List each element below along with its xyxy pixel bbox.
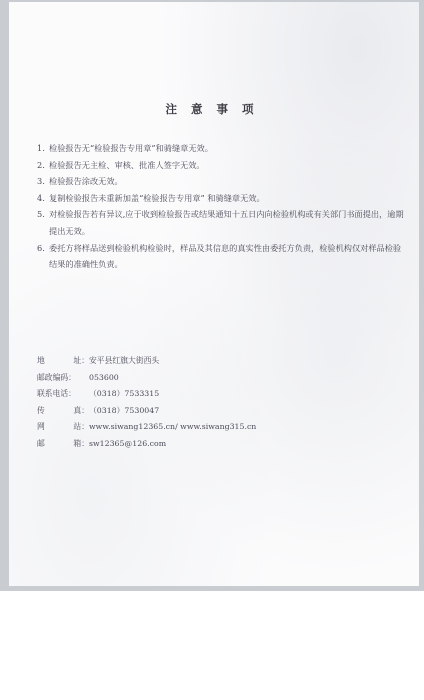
phone-label: 联系电话： — [37, 386, 89, 403]
note-number: 5. — [37, 206, 49, 239]
note-number: 1. — [37, 140, 49, 157]
contact-phone: 联系电话： （0318）7533315 — [37, 386, 337, 403]
note-text: 委托方将样品送到检验机构检验时，样品及其信息的真实性由委托方负责，检验机构仅对样… — [49, 240, 407, 273]
document-page — [9, 2, 419, 586]
note-number: 3. — [37, 173, 49, 190]
email-label: 邮 箱： — [37, 436, 89, 453]
note-item: 3. 检验报告涂改无效。 — [37, 173, 407, 190]
label-part: 邮 — [37, 436, 45, 453]
phone-value: （0318）7533315 — [89, 386, 337, 403]
label-part: 网 — [37, 419, 45, 436]
page-title: 注 意 事 项 — [0, 101, 424, 117]
note-item: 5. 对检验报告若有异议,应于收到检验报告或结果通知十五日内向检验机构或有关部门… — [37, 206, 407, 239]
contact-postcode: 邮政编码： 053600 — [37, 370, 337, 387]
note-item: 6. 委托方将样品送到检验机构检验时，样品及其信息的真实性由委托方负责，检验机构… — [37, 240, 407, 273]
contact-address: 地 址： 安平县红旗大街西头 — [37, 353, 337, 370]
address-value: 安平县红旗大街西头 — [89, 353, 337, 370]
contact-info: 地 址： 安平县红旗大街西头 邮政编码： 053600 联系电话： （0318）… — [37, 353, 337, 453]
website-value: www.siwang12365.cn/ www.siwang315.cn — [89, 419, 337, 436]
note-item: 2. 检验报告无主检、审核、批准人签字无效。 — [37, 157, 407, 174]
label-part: 传 — [37, 403, 45, 420]
note-number: 4. — [37, 190, 49, 207]
fax-value: （0318）7530047 — [89, 403, 337, 420]
note-text: 对检验报告若有异议,应于收到检验报告或结果通知十五日内向检验机构或有关部门书面提… — [49, 206, 407, 239]
label-part: 箱： — [73, 436, 89, 453]
fax-label: 传 真： — [37, 403, 89, 420]
note-text: 检验报告涂改无效。 — [49, 173, 407, 190]
note-number: 2. — [37, 157, 49, 174]
postcode-label: 邮政编码： — [37, 370, 89, 387]
note-number: 6. — [37, 240, 49, 273]
note-text: 检验报告无“检验报告专用章”和骑缝章无效。 — [49, 140, 407, 157]
label-part: 站： — [73, 419, 89, 436]
note-text: 复制检验报告未重新加盖“检验报告专用章” 和骑缝章无效。 — [49, 190, 407, 207]
contact-fax: 传 真： （0318）7530047 — [37, 403, 337, 420]
address-label: 地 址： — [37, 353, 89, 370]
note-item: 1. 检验报告无“检验报告专用章”和骑缝章无效。 — [37, 140, 407, 157]
label-part: 真： — [73, 403, 89, 420]
website-label: 网 站： — [37, 419, 89, 436]
contact-email: 邮 箱： sw12365@126.com — [37, 436, 337, 453]
note-item: 4. 复制检验报告未重新加盖“检验报告专用章” 和骑缝章无效。 — [37, 190, 407, 207]
email-value: sw12365@126.com — [89, 436, 337, 453]
note-text: 检验报告无主检、审核、批准人签字无效。 — [49, 157, 407, 174]
notes-list: 1. 检验报告无“检验报告专用章”和骑缝章无效。 2. 检验报告无主检、审核、批… — [37, 140, 407, 273]
label-part: 地 — [37, 353, 45, 370]
label-part: 址： — [73, 353, 89, 370]
contact-website: 网 站： www.siwang12365.cn/ www.siwang315.c… — [37, 419, 337, 436]
postcode-value: 053600 — [89, 370, 337, 387]
